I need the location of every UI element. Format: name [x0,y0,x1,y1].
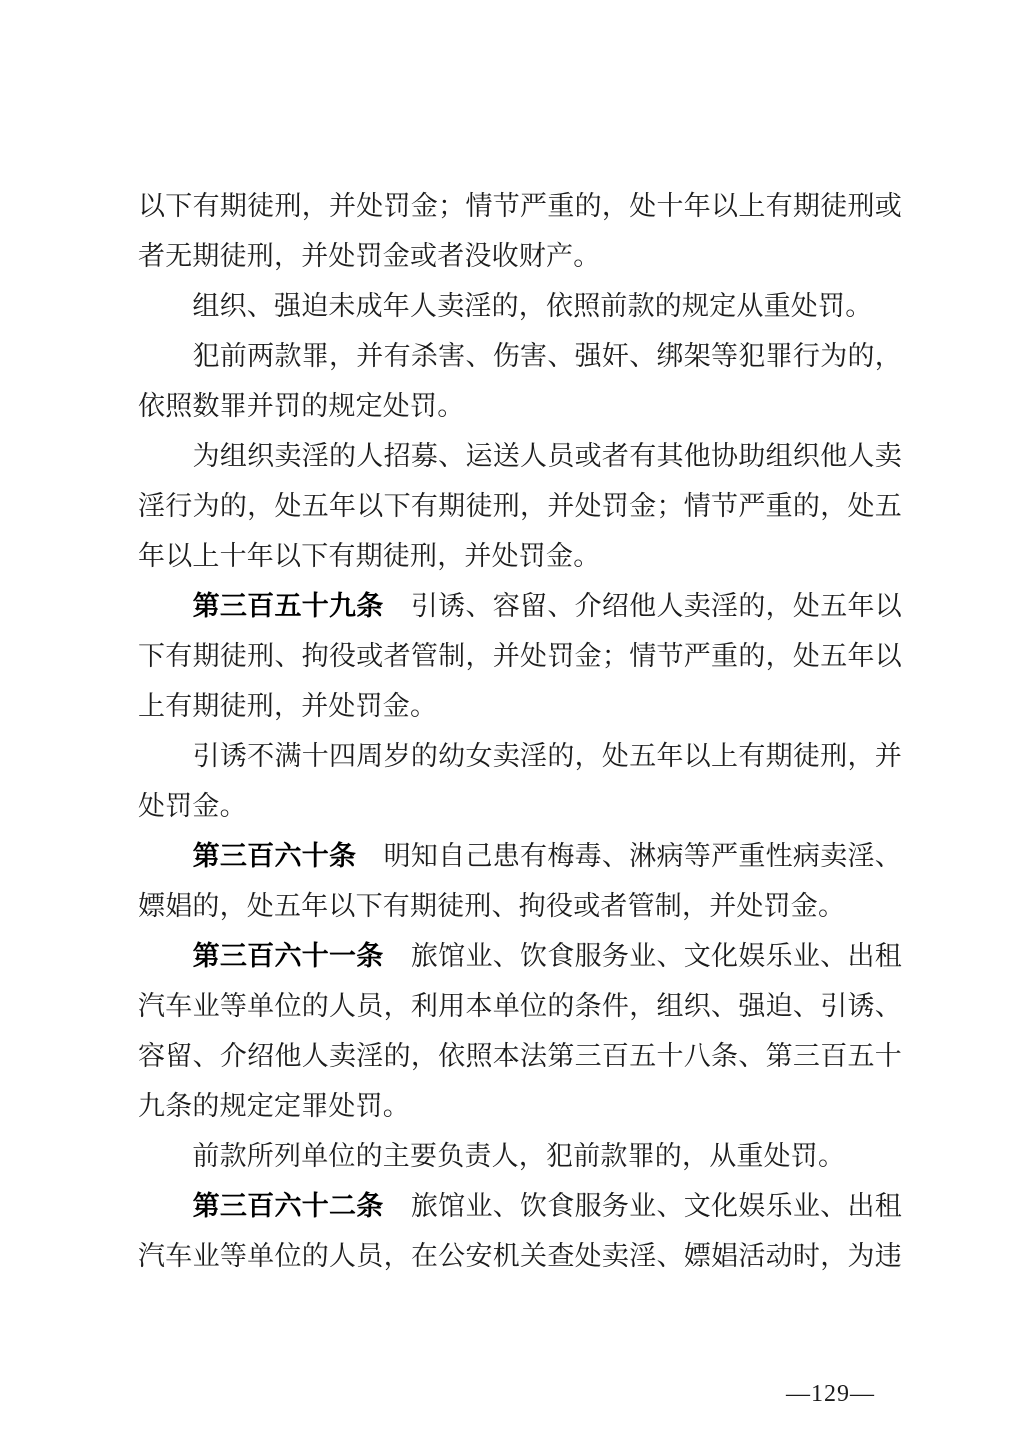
text-line: 汽车业等单位的人员，利用本单位的条件，组织、强迫、引诱、 [138,981,902,1031]
line-text: 汽车业等单位的人员，在公安机关查处卖淫、嫖娼活动时，为违 [138,1241,902,1271]
text-line: 汽车业等单位的人员，在公安机关查处卖淫、嫖娼活动时，为违 [138,1231,902,1281]
line-text: 九条的规定定罪处罚。 [138,1091,410,1121]
text-line: 淫行为的，处五年以下有期徒刑，并处罚金；情节严重的，处五 [138,481,902,531]
line-text: 者无期徒刑，并处罚金或者没收财产。 [138,241,600,271]
text-line: 下有期徒刑、拘役或者管制，并处罚金；情节严重的，处五年以 [138,631,902,681]
article-number: 第三百五十九条 [138,591,384,621]
text-line: 上有期徒刑，并处罚金。 [138,681,902,731]
line-text: 旅馆业、饮食服务业、文化娱乐业、出租 [384,941,902,971]
line-text: 容留、介绍他人卖淫的，依照本法第三百五十八条、第三百五十 [138,1041,902,1071]
text-line: 引诱不满十四周岁的幼女卖淫的，处五年以上有期徒刑，并 [138,731,902,781]
line-text: 为组织卖淫的人招募、运送人员或者有其他协助组织他人卖 [138,441,902,471]
text-line: 依照数罪并罚的规定处罚。 [138,381,902,431]
text-line: 为组织卖淫的人招募、运送人员或者有其他协助组织他人卖 [138,431,902,481]
line-text: 以下有期徒刑，并处罚金；情节严重的，处十年以上有期徒刑或 [138,191,902,221]
text-line: 第三百五十九条 引诱、容留、介绍他人卖淫的，处五年以 [138,581,902,631]
text-line: 容留、介绍他人卖淫的，依照本法第三百五十八条、第三百五十 [138,1031,902,1081]
text-line: 第三百六十条 明知自己患有梅毒、淋病等严重性病卖淫、 [138,831,902,881]
line-text: 嫖娼的，处五年以下有期徒刑、拘役或者管制，并处罚金。 [138,891,845,921]
text-line: 者无期徒刑，并处罚金或者没收财产。 [138,231,902,281]
text-line: 处罚金。 [138,781,902,831]
line-text: 处罚金。 [138,791,247,821]
line-text: 引诱、容留、介绍他人卖淫的，处五年以 [384,591,902,621]
line-text: 组织、强迫未成年人卖淫的，依照前款的规定从重处罚。 [138,291,872,321]
line-text: 年以上十年以下有期徒刑，并处罚金。 [138,541,600,571]
line-text: 汽车业等单位的人员，利用本单位的条件，组织、强迫、引诱、 [138,991,902,1021]
text-line: 九条的规定定罪处罚。 [138,1081,902,1131]
line-text: 依照数罪并罚的规定处罚。 [138,391,464,421]
text-line: 犯前两款罪，并有杀害、伤害、强奸、绑架等犯罪行为的， [138,331,902,381]
article-number: 第三百六十条 [138,841,356,871]
line-text: 犯前两款罪，并有杀害、伤害、强奸、绑架等犯罪行为的， [138,341,902,371]
text-line: 前款所列单位的主要负责人，犯前款罪的，从重处罚。 [138,1131,902,1181]
line-text: 明知自己患有梅毒、淋病等严重性病卖淫、 [356,841,902,871]
document-lines: 以下有期徒刑，并处罚金；情节严重的，处十年以上有期徒刑或者无期徒刑，并处罚金或者… [138,181,902,1281]
text-line: 组织、强迫未成年人卖淫的，依照前款的规定从重处罚。 [138,281,902,331]
text-line: 第三百六十一条 旅馆业、饮食服务业、文化娱乐业、出租 [138,931,902,981]
article-number: 第三百六十二条 [138,1191,384,1221]
text-line: 年以上十年以下有期徒刑，并处罚金。 [138,531,902,581]
line-text: 前款所列单位的主要负责人，犯前款罪的，从重处罚。 [138,1141,845,1171]
line-text: 旅馆业、饮食服务业、文化娱乐业、出租 [384,1191,902,1221]
text-line: 以下有期徒刑，并处罚金；情节严重的，处十年以上有期徒刑或 [138,181,902,231]
page-number: —129— [786,1379,875,1409]
article-number: 第三百六十一条 [138,941,384,971]
text-line: 嫖娼的，处五年以下有期徒刑、拘役或者管制，并处罚金。 [138,881,902,931]
line-text: 淫行为的，处五年以下有期徒刑，并处罚金；情节严重的，处五 [138,491,902,521]
line-text: 引诱不满十四周岁的幼女卖淫的，处五年以上有期徒刑，并 [138,741,902,771]
document-page: 以下有期徒刑，并处罚金；情节严重的，处十年以上有期徒刑或者无期徒刑，并处罚金或者… [0,0,1024,1448]
text-line: 第三百六十二条 旅馆业、饮食服务业、文化娱乐业、出租 [138,1181,902,1231]
line-text: 上有期徒刑，并处罚金。 [138,691,437,721]
line-text: 下有期徒刑、拘役或者管制，并处罚金；情节严重的，处五年以 [138,641,902,671]
